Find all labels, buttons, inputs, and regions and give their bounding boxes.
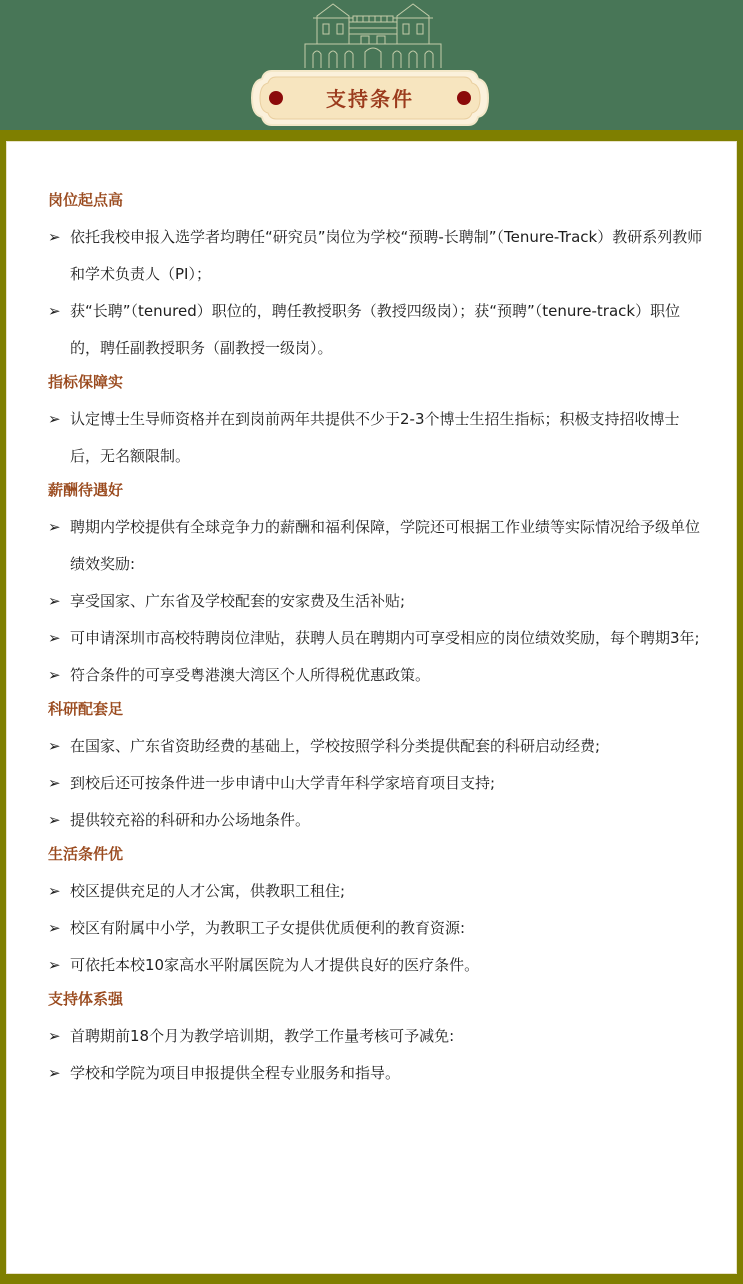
list-item: ➢在国家、广东省资助经费的基础上，学校按照学科分类提供配套的科研启动经费; bbox=[48, 728, 708, 765]
section-title-plaque: 支持条件 bbox=[250, 67, 490, 129]
list-item: ➢可申请深圳市高校特聘岗位津贴，获聘人员在聘期内可享受相应的岗位绩效奖励，每个聘… bbox=[48, 620, 708, 657]
list-item: ➢校区有附属中小学，为教职工子女提供优质便利的教育资源: bbox=[48, 910, 708, 947]
list-item: ➢依托我校申报入选学者均聘任“研究员”岗位为学校“预聘-长聘制”（Tenure-… bbox=[48, 219, 708, 293]
list-item: ➢符合条件的可享受粤港澳大湾区个人所得税优惠政策。 bbox=[48, 657, 708, 694]
list-item: ➢提供较充裕的科研和办公场地条件。 bbox=[48, 802, 708, 839]
arrow-bullet-icon: ➢ bbox=[48, 910, 61, 947]
section-title: 支持体系强 bbox=[48, 984, 708, 1018]
page-title: 支持条件 bbox=[250, 83, 490, 112]
arrow-bullet-icon: ➢ bbox=[48, 765, 61, 802]
arrow-bullet-icon: ➢ bbox=[48, 728, 61, 765]
list-item: ➢获“长聘”（tenured）职位的，聘任教授职务（教授四级岗）；获“预聘”（t… bbox=[48, 293, 708, 367]
arrow-bullet-icon: ➢ bbox=[48, 293, 61, 330]
list-item: ➢聘期内学校提供有全球竞争力的薪酬和福利保障，学院还可根据工作业绩等实际情况给予… bbox=[48, 509, 708, 583]
building-illustration-icon bbox=[303, 0, 443, 68]
arrow-bullet-icon: ➢ bbox=[48, 1055, 61, 1092]
section-position: 岗位起点高 ➢依托我校申报入选学者均聘任“研究员”岗位为学校“预聘-长聘制”（T… bbox=[48, 185, 708, 367]
section-title: 岗位起点高 bbox=[48, 185, 708, 219]
section-title: 指标保障实 bbox=[48, 367, 708, 401]
list-item: ➢享受国家、广东省及学校配套的安家费及生活补贴; bbox=[48, 583, 708, 620]
list-item: ➢首聘期前18个月为教学培训期，教学工作量考核可予减免: bbox=[48, 1018, 708, 1055]
arrow-bullet-icon: ➢ bbox=[48, 1018, 61, 1055]
list-item: ➢校区提供充足的人才公寓，供教职工租住; bbox=[48, 873, 708, 910]
arrow-bullet-icon: ➢ bbox=[48, 219, 61, 256]
section-title: 科研配套足 bbox=[48, 694, 708, 728]
section-support: 支持体系强 ➢首聘期前18个月为教学培训期，教学工作量考核可予减免: ➢学校和学… bbox=[48, 984, 708, 1092]
list-item: ➢认定博士生导师资格并在到岗前两年共提供不少于2-3个博士生招生指标；积极支持招… bbox=[48, 401, 708, 475]
section-salary: 薪酬待遇好 ➢聘期内学校提供有全球竞争力的薪酬和福利保障，学院还可根据工作业绩等… bbox=[48, 475, 708, 694]
support-conditions-list: 岗位起点高 ➢依托我校申报入选学者均聘任“研究员”岗位为学校“预聘-长聘制”（T… bbox=[48, 185, 708, 1092]
arrow-bullet-icon: ➢ bbox=[48, 947, 61, 984]
content-panel: 岗位起点高 ➢依托我校申报入选学者均聘任“研究员”岗位为学校“预聘-长聘制”（T… bbox=[6, 141, 737, 1274]
header-banner: 支持条件 bbox=[0, 0, 743, 130]
arrow-bullet-icon: ➢ bbox=[48, 620, 61, 657]
section-living: 生活条件优 ➢校区提供充足的人才公寓，供教职工租住; ➢校区有附属中小学，为教职… bbox=[48, 839, 708, 984]
section-title: 薪酬待遇好 bbox=[48, 475, 708, 509]
section-title: 生活条件优 bbox=[48, 839, 708, 873]
list-item: ➢可依托本校10家高水平附属医院为人才提供良好的医疗条件。 bbox=[48, 947, 708, 984]
arrow-bullet-icon: ➢ bbox=[48, 509, 61, 546]
arrow-bullet-icon: ➢ bbox=[48, 873, 61, 910]
list-item: ➢学校和学院为项目申报提供全程专业服务和指导。 bbox=[48, 1055, 708, 1092]
arrow-bullet-icon: ➢ bbox=[48, 583, 61, 620]
section-research: 科研配套足 ➢在国家、广东省资助经费的基础上，学校按照学科分类提供配套的科研启动… bbox=[48, 694, 708, 839]
section-quota: 指标保障实 ➢认定博士生导师资格并在到岗前两年共提供不少于2-3个博士生招生指标… bbox=[48, 367, 708, 475]
arrow-bullet-icon: ➢ bbox=[48, 657, 61, 694]
arrow-bullet-icon: ➢ bbox=[48, 802, 61, 839]
list-item: ➢到校后还可按条件进一步申请中山大学青年科学家培育项目支持; bbox=[48, 765, 708, 802]
arrow-bullet-icon: ➢ bbox=[48, 401, 61, 438]
